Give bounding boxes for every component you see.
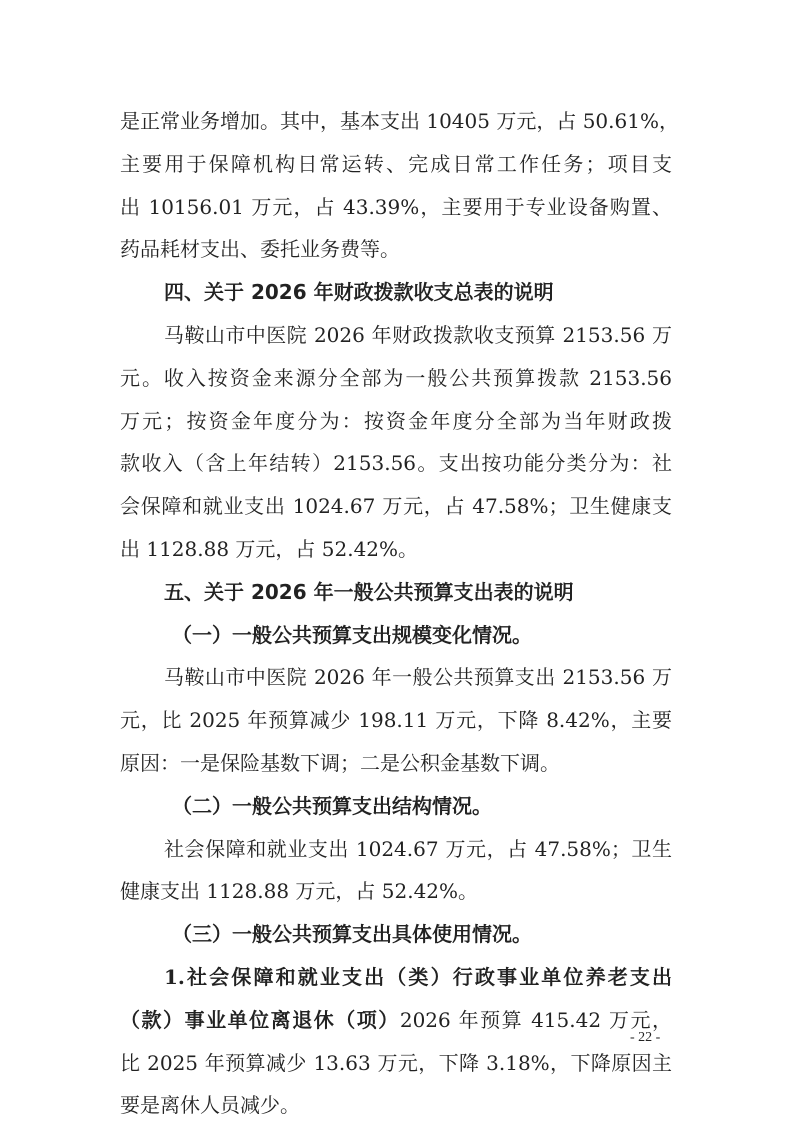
text-line: 社会保障和就业支出 1024.67 万元，占 47.58%；卫生 xyxy=(120,828,672,871)
text-line: 原因：一是保险基数下调；二是公积金基数下调。 xyxy=(120,742,672,785)
text-line: 比 2025 年预算减少 13.63 万元，下降 3.18%，下降原因主 xyxy=(120,1042,672,1085)
text-line: 健康支出 1128.88 万元，占 52.42%。 xyxy=(120,870,672,913)
text-line: （款）事业单位离退休（项）2026 年预算 415.42 万元， xyxy=(120,999,672,1042)
page-number: - 22 - xyxy=(630,1030,660,1046)
text-line: 出 1128.88 万元，占 52.42%。 xyxy=(120,528,672,571)
item-heading-continuation: （款）事业单位离退休（项） xyxy=(120,1008,400,1032)
text-line: 马鞍山市中医院 2026 年一般公共预算支出 2153.56 万 xyxy=(120,656,672,699)
text-line: 出 10156.01 万元，占 43.39%，主要用于专业设备购置、 xyxy=(120,186,672,229)
section-heading-4: 四、关于 2026 年财政拨款收支总表的说明 xyxy=(120,271,672,314)
item-heading-1: 1.社会保障和就业支出（类）行政事业单位养老支出 xyxy=(120,956,672,999)
text-span: 2026 年预算 415.42 万元， xyxy=(400,1008,672,1032)
section-heading-5: 五、关于 2026 年一般公共预算支出表的说明 xyxy=(120,571,672,614)
subsection-heading-1: （一）一般公共预算支出规模变化情况。 xyxy=(120,614,672,657)
text-line: 主要用于保障机构日常运转、完成日常工作任务；项目支 xyxy=(120,143,672,186)
text-line: 马鞍山市中医院 2026 年财政拨款收支预算 2153.56 万 xyxy=(120,314,672,357)
subsection-heading-3: （三）一般公共预算支出具体使用情况。 xyxy=(120,913,672,956)
text-line: 要是离休人员减少。 xyxy=(120,1084,672,1123)
text-line: 元，比 2025 年预算减少 198.11 万元，下降 8.42%，主要 xyxy=(120,699,672,742)
text-line: 药品耗材支出、委托业务费等。 xyxy=(120,228,672,271)
text-line: 万元；按资金年度分为：按资金年度分全部为当年财政拨 xyxy=(120,400,672,443)
document-page: 是正常业务增加。其中，基本支出 10405 万元，占 50.61%， 主要用于保… xyxy=(120,100,672,1123)
text-line: 会保障和就业支出 1024.67 万元，占 47.58%；卫生健康支 xyxy=(120,485,672,528)
text-line: 款收入（含上年结转）2153.56。支出按功能分类分为：社 xyxy=(120,442,672,485)
text-line: 元。收入按资金来源分全部为一般公共预算拨款 2153.56 xyxy=(120,357,672,400)
subsection-heading-2: （二）一般公共预算支出结构情况。 xyxy=(120,785,672,828)
text-line: 是正常业务增加。其中，基本支出 10405 万元，占 50.61%， xyxy=(120,100,672,143)
